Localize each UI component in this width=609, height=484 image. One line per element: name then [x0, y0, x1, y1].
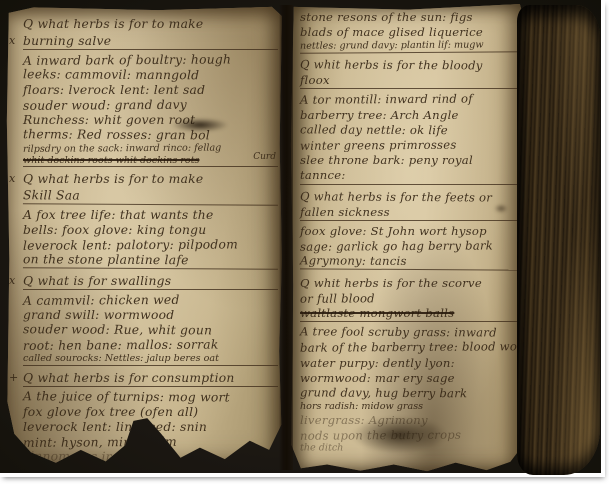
line-text: Q what herbs is for to make	[23, 17, 203, 31]
line-text: Q whit herbs is for the bloody	[300, 57, 483, 72]
margin-mark: x	[9, 33, 15, 48]
line-text: Skill Saa	[23, 188, 80, 202]
line-text: leverock lent: lint seed: snin	[23, 420, 207, 434]
line-text: fox glove fox tree (ofen all)	[23, 405, 198, 419]
margin-note: Curd	[253, 152, 276, 164]
answer-line: rilpsdry on the sack: inward rinco: fell…	[23, 142, 278, 155]
line-text: leeks: cammovil: manngold	[23, 67, 199, 82]
line-text: A cammvil: chicken wed	[23, 293, 180, 308]
margin-mark: x	[9, 171, 15, 186]
ink-smudge	[351, 416, 447, 454]
line-text: winter greens primrosses	[300, 138, 457, 153]
line-text: slee throne bark: peny royal	[300, 153, 473, 167]
answer-line: grund davy, hug berry bark	[300, 385, 524, 402]
line-text: bells: foox glove: king tongu	[23, 223, 206, 237]
line-text: stone resons of the sun: figs	[300, 10, 473, 24]
line-text: foox glove: St John wort hysop	[300, 224, 487, 238]
line-text: floox	[300, 73, 330, 87]
margin-mark: x	[9, 273, 15, 288]
line-text: Runchess: whit goven root	[23, 113, 195, 127]
margin-mark: +	[9, 370, 18, 385]
line-text: or full blood	[300, 291, 375, 306]
answer-line: A fox tree life: that wants the	[23, 208, 278, 223]
left-page-text: Q what herbs is for to make xburning sal…	[23, 15, 278, 465]
line-text: blads of mace glised liquerice	[300, 25, 483, 39]
answer-line: souder wood: Rue, whit goun	[23, 322, 278, 339]
answer-line: stone resons of the sun: figs	[300, 10, 524, 25]
line-text: burning salve	[23, 34, 111, 48]
question-line: or full blood	[300, 290, 524, 307]
answer-line: on the stone plantine lafe	[23, 252, 278, 270]
line-text: Q what is for swallings	[23, 274, 171, 288]
line-text: wormwood: mar ery sage	[300, 371, 455, 385]
answer-line: leverock lent: lint seed: snin	[23, 420, 278, 435]
line-text: whit dockins roots whit dockins rots	[23, 155, 199, 166]
question-line: Q what herbs is for to make	[23, 15, 278, 32]
book-gutter	[279, 5, 293, 470]
answer-line: Runchess: whit goven root	[23, 113, 278, 128]
answer-line: bark of the barberry tree: blood wort	[300, 340, 524, 357]
line-text: fallen sickness	[300, 205, 390, 219]
line-text: hors radish: midow grass	[300, 401, 423, 412]
line-text: root: hen bane: mallos: sorrak	[23, 338, 219, 353]
line-text: A tree fool scruby grass: inward	[300, 324, 497, 339]
line-text: barberry tree: Arch Angle	[300, 108, 459, 122]
question-line: Skill Saa	[23, 186, 278, 206]
line-text: leverock lent: palotory: pilpodom	[23, 237, 238, 253]
answer-line: leeks: cammovil: manngold	[23, 67, 278, 84]
question-line: xQ what herbs is for to make	[23, 170, 278, 187]
answer-line: winter greens primrosses	[300, 137, 524, 154]
answer-line: A the juice of turnips: mog wort	[23, 389, 278, 406]
line-text: bark of the barberry tree: blood wort	[300, 340, 528, 356]
answer-line: bells: foox glove: king tongu	[23, 223, 278, 238]
line-text: A the juice of turnips: mog wort	[23, 389, 230, 404]
line-text: souder woud: grand davy	[23, 98, 187, 113]
line-text: A tor montill: inward rind of	[300, 92, 473, 107]
line-text: the ditch	[300, 442, 343, 453]
ink-blot	[494, 204, 508, 213]
book-photo: Q what herbs is for to make xburning sal…	[0, 0, 601, 473]
answer-line: fox glove fox tree (ofen all)	[23, 405, 278, 420]
answer-line: grand swill: wormwood	[23, 308, 278, 323]
line-text: cinnomon c irons	[23, 449, 134, 464]
line-text: floars: lverock lent: lent sad	[23, 83, 205, 97]
answer-line: tannce:	[300, 168, 524, 184]
answer-line: leverock lent: palotory: pilpodom	[23, 237, 278, 254]
answer-line: mint: hyson, mint: balm	[23, 434, 278, 451]
question-line: floox	[300, 73, 524, 89]
answer-line: slee throne bark: peny royal	[300, 153, 524, 168]
line-text: waltlaste mongwort balls	[300, 306, 454, 320]
answer-line: floars: lverock lent: lent sad	[23, 83, 278, 98]
answer-line: barberry tree: Arch Angle	[300, 108, 524, 123]
right-manuscript-page: stone resons of the sun: figs blads of m…	[289, 4, 527, 473]
struck-line: waltlaste mongwort balls	[300, 306, 524, 322]
line-text: Q what herbs is for consumption	[23, 371, 235, 385]
answer-line: cinnomon c irons	[23, 449, 278, 466]
answer-line: water purpy: dently lyon:	[300, 356, 524, 371]
line-text: sage: garlick go hag berry bark	[300, 239, 493, 254]
manuscript-photo-frame: Q what herbs is for to make xburning sal…	[0, 0, 609, 484]
question-line: fallen sickness	[300, 205, 524, 221]
question-line: Q whit herbs is for the scorve	[300, 274, 524, 291]
line-text: called sourocks: Nettles: jalup beres oa…	[23, 353, 219, 364]
line-text: called day nettle: ok life	[300, 122, 448, 137]
line-text: water purpy: dently lyon:	[300, 356, 455, 370]
line-text: grand swill: wormwood	[23, 308, 174, 322]
line-text: rilpsdry on the sack: inward rinco: fell…	[23, 143, 221, 155]
question-line: Q whit herbs is for the bloody	[300, 55, 524, 74]
question-line: xburning salve	[23, 32, 278, 50]
line-text: mint: hyson, mint: balm	[23, 434, 177, 449]
answer-line: hors radish: midow grass	[300, 401, 524, 413]
line-text: Q what herbs is for to make	[23, 172, 203, 186]
answer-line: called sourocks: Nettles: jalup beres oa…	[23, 353, 278, 366]
ink-blot	[172, 118, 228, 132]
line-text: Q what herbs is for the feets or	[300, 189, 492, 204]
question-line: Q what herbs is for the feets or	[300, 187, 524, 206]
right-page-text: stone resons of the sun: figs blads of m…	[300, 10, 524, 455]
answer-line: A cammvil: chicken wed	[23, 292, 278, 309]
line-text: A fox tree life: that wants the	[23, 208, 214, 222]
answer-line: wormwood: mar ery sage	[300, 371, 524, 386]
left-manuscript-page: Q what herbs is for to make xburning sal…	[6, 6, 283, 466]
question-line: +Q what herbs is for consumption	[23, 369, 278, 387]
question-line: xQ what is for swallings	[23, 272, 278, 290]
struck-line: whit dockins roots whit dockins rotsCurd	[23, 155, 278, 168]
line-text: on the stone plantine lafe	[23, 252, 189, 267]
answer-line: root: hen bane: mallos: sorrak	[23, 337, 278, 354]
answer-line: foox glove: St John wort hysop	[300, 224, 524, 239]
answer-line: called day nettle: ok life	[300, 122, 524, 139]
line-text: Agrymony: tancis	[300, 254, 407, 269]
line-text: nettles: grund davy: plantin lif: mugw	[300, 40, 484, 52]
answer-line: therms: Red rosses: gran bol	[23, 127, 278, 144]
line-text: grund davy, hug berry bark	[300, 385, 467, 400]
book-fore-edge	[517, 5, 600, 475]
answer-line: A tor montill: inward rind of	[300, 92, 524, 109]
line-text: tannce:	[300, 168, 346, 182]
line-text: Q whit herbs is for the scorve	[300, 276, 482, 290]
answer-line: A inward bark of boultry: hough	[23, 52, 278, 69]
answer-line: nettles: grund davy: plantin lif: mugw	[300, 40, 524, 54]
answer-line: Agrymony: tancis	[300, 254, 524, 272]
line-text: A inward bark of boultry: hough	[23, 52, 231, 67]
answer-line: blads of mace glised liquerice	[300, 25, 524, 40]
answer-line: souder woud: grand davy	[23, 97, 278, 114]
line-text: souder wood: Rue, whit goun	[23, 322, 212, 337]
